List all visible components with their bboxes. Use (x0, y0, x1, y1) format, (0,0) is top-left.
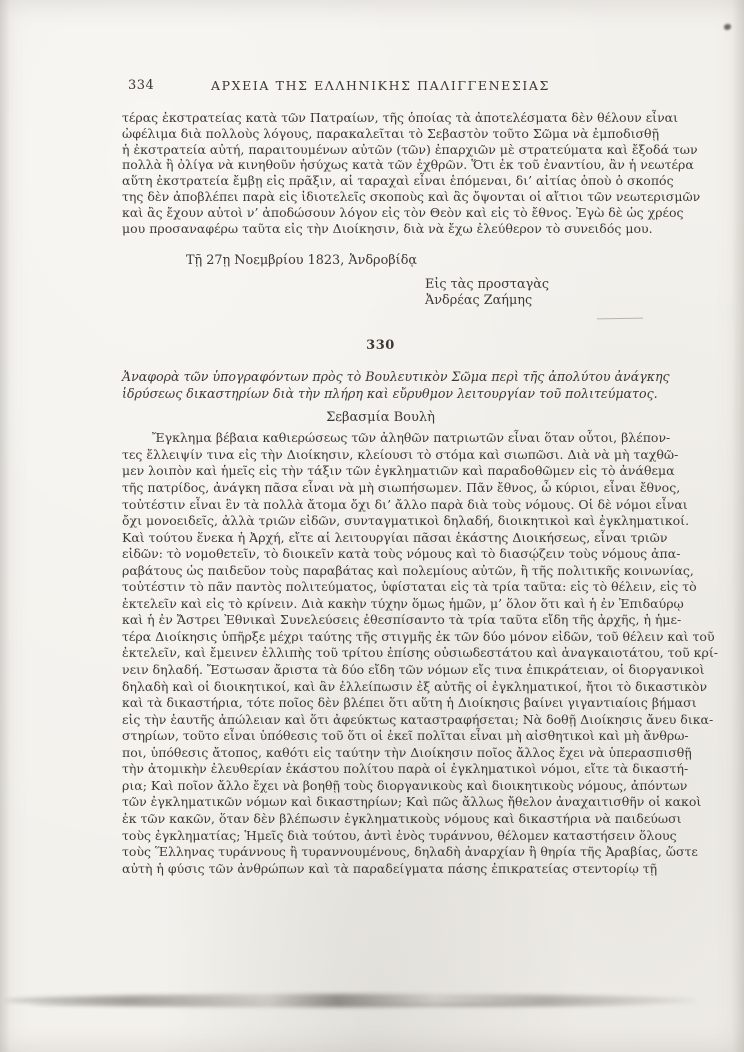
text-line: αὕτη ἐκστρατεία ἔμβῃ εἰς πρᾶξιν, αἱ ταρα… (122, 173, 639, 189)
text-line: ἐκτελεῖν καὶ εἰς τὸ κρίνειν. Διὰ κακὴν τ… (122, 596, 639, 613)
text-line: πολλὰ ἢ ὀλίγα νὰ κινηθοῦν ἡσύχως κατὰ τῶ… (122, 157, 639, 173)
text-line: καὶ ἡ ἐν Ἄστρει Ἐθνικαὶ Συνελεύσεις ἐθεσ… (122, 612, 639, 629)
text-line: ἱδρύσεως δικαστηρίων διὰ τὴν πλήρη καὶ ε… (122, 385, 639, 402)
text-line: τοὐτέστιν εἶναι ἓν τὰ πολλὰ ἄτομα ὄχι δι… (122, 497, 639, 514)
scan-smudge-artifact (30, 1003, 650, 1007)
text-line: Ἀναφορὰ τῶν ὑπογραφόντων πρὸς τὸ Βουλευτ… (122, 368, 639, 385)
text-line: ἡ ἐκστρατεία αὐτή, παραιτουμένων αὐτῶν (… (122, 142, 639, 158)
ink-speck-artifact (724, 24, 731, 30)
text-line: νειν δηλαδή. Ἔστωσαν ἄριστα τὰ δύο εἴδη … (122, 662, 639, 679)
text-line: τοὺς ἐγκληματίας; Ἡμεῖς διὰ τούτου, ἀντὶ… (122, 828, 639, 845)
page-edge-shadow (732, 0, 744, 1052)
signature-name: Ἀνδρέας Ζαήμης (425, 293, 639, 309)
page-number: 334 (128, 78, 154, 93)
text-column: 334 ΑΡΧΕΙΑ ΤΗΣ ΕΛΛΗΝΙΚΗΣ ΠΑΛΙΓΓΕΝΕΣΙΑΣ τ… (122, 0, 639, 877)
scan-smudge-artifact (4, 994, 698, 1007)
document-summary: Ἀναφορὰ τῶν ὑπογραφόντων πρὸς τὸ Βουλευτ… (122, 368, 639, 402)
text-line: τες ἔλλειψίν τινα εἰς τὴν Διοίκησιν, κλε… (122, 447, 639, 464)
document-number: 330 (122, 338, 639, 353)
page-edge-shadow (0, 0, 10, 1052)
text-line: της δὲν ἀποβλέπει παρὰ εἰς ἰδιοτελεῖς σκ… (122, 189, 639, 205)
text-line: αὐτὴ ἡ φύσις τῶν ἀνθρώπων καὶ τὰ παραδεί… (122, 861, 639, 878)
text-line: ἐκτελεῖν, καὶ ἔμεινεν ἐλλιπὴς τοῦ τρίτου… (122, 645, 639, 662)
text-line: τῶν ἐγκληματικῶν νόμων καὶ δικαστηρίων; … (122, 794, 639, 811)
text-line: ρια; Καὶ ποῖον ἄλλο ἔχει νὰ βοηθῇ τοὺς δ… (122, 778, 639, 795)
text-line: τοὺς Ἕλληνας τυράννους ἢ τυραννουμένους,… (122, 844, 639, 861)
text-line: ραβάτους ὡς παιδεῦον τοὺς παραβάτας καὶ … (122, 563, 639, 580)
text-line: καὶ τὰ δικαστήρια, τότε ποῖος δὲν βλέπει… (122, 695, 639, 712)
text-line: ὠφέλιμα διὰ πολλοὺς λόγους, παρακαλεῖται… (122, 126, 639, 142)
text-line: τέρας ἐκστρατείας κατὰ τῶν Πατραίων, τῆς… (122, 110, 639, 126)
text-line: στηρίων, τοῦτο εἶναι ὑπόθεσις τοῦ ὅτι οἱ… (122, 728, 639, 745)
text-line: ἐκ τῶν κακῶν, ὅταν δὲν βλέπωσιν ἐγκληματ… (122, 811, 639, 828)
text-line: τοὐτέστιν τὸ πᾶν παντὸς πολιτεύματος, ὑφ… (122, 579, 639, 596)
text-line: μου προσαναφέρω ταῦτα εἰς τὴν Διοίκησιν,… (122, 221, 639, 237)
previous-document-body: τέρας ἐκστρατείας κατὰ τῶν Πατραίων, τῆς… (122, 110, 639, 236)
signature-intro: Εἰς τὰς προσταγὰς (425, 277, 639, 293)
text-line: Καὶ τούτου ἕνεκα ἡ Ἀρχή, εἴτε αἱ λειτουρ… (122, 530, 639, 547)
text-line: μεν λοιπὸν καὶ ἡμεῖς εἰς τὴν τάξιν τῶν ἐ… (122, 463, 639, 480)
text-line: Ἔγκλημα βέβαια καθιερώσεως τῶν ἀληθῶν πα… (122, 430, 639, 447)
text-line: καὶ ἂς ἔχουν αὐτοὶ ν’ ἀποδώσουν λόγον εἰ… (122, 205, 639, 221)
scanned-book-page: 334 ΑΡΧΕΙΑ ΤΗΣ ΕΛΛΗΝΙΚΗΣ ΠΑΛΙΓΓΕΝΕΣΙΑΣ τ… (0, 0, 744, 1052)
text-line: εἰς τὴν ἑαυτῆς ἀπώλειαν καὶ ὅτι ἀφεύκτως… (122, 712, 639, 729)
dateline: Τῇ 27ῃ Νοεμβρίου 1823, Ἀνδροβίδᾳ (122, 253, 639, 268)
text-line: εἰδῶν: τὸ νομοθετεῖν, τὸ διοικεῖν κατὰ τ… (122, 546, 639, 563)
text-line: ποι, ὑπόθεσις ἄτοπος, καθότι εἰς ταύτην … (122, 745, 639, 762)
text-line: τέρα Διοίκησις ὑπῆρξε μέχρι ταύτης τῆς σ… (122, 629, 639, 646)
text-line: δηλαδὴ καὶ οἱ διοικητικοί, καὶ ἂν ἐλλείπ… (122, 679, 639, 696)
text-line: ὄχι μονοειδεῖς, ἀλλὰ τριῶν εἰδῶν, συνταγ… (122, 513, 639, 530)
running-header: ΑΡΧΕΙΑ ΤΗΣ ΕΛΛΗΝΙΚΗΣ ΠΑΛΙΓΓΕΝΕΣΙΑΣ (122, 78, 639, 93)
signature-block: Εἰς τὰς προσταγὰς Ἀνδρέας Ζαήμης (425, 277, 639, 309)
document-body: Ἔγκλημα βέβαια καθιερώσεως τῶν ἀληθῶν πα… (122, 430, 639, 877)
text-line: τὴν ἀτομικὴν ἐλευθερίαν ἑκάστου πολίτου … (122, 761, 639, 778)
text-line: τῆς πατρίδος, ἀνάγκη πᾶσα εἶναι νὰ μὴ σι… (122, 480, 639, 497)
page-header: 334 ΑΡΧΕΙΑ ΤΗΣ ΕΛΛΗΝΙΚΗΣ ΠΑΛΙΓΓΕΝΕΣΙΑΣ (122, 78, 639, 96)
salutation: Σεβασμία Βουλὴ (122, 410, 639, 425)
